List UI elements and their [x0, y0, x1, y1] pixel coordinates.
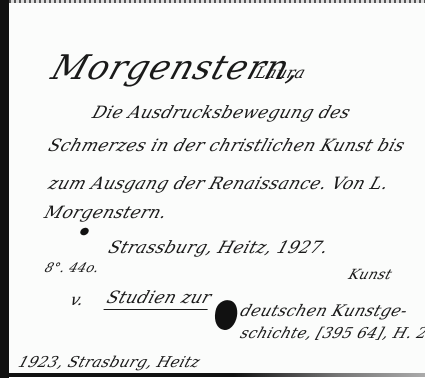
title-line-4: Morgenstern. [42, 203, 170, 223]
ink-blot-icon [213, 298, 240, 331]
scan-bottom-edge [0, 373, 425, 377]
series-underlined-word: Studien zur [103, 288, 214, 310]
scan-left-edge [0, 0, 9, 378]
series-line-2: schichte, [395 64], H. 220. [238, 324, 425, 342]
collation: 8°. 44o. [43, 261, 102, 276]
title-line-2: Schmerzes in der christlichen Kunst bis [46, 136, 408, 156]
imprint: Strassburg, Heitz, 1927. [106, 238, 331, 258]
series-line-1: deutschen Kunstge- [238, 301, 410, 320]
catalog-card: Morgenstern, Laura Die Ausdrucksbewegung… [9, 3, 425, 373]
series-insertion: Kunst [346, 267, 394, 283]
title-line-3: zum Ausgang der Renaissance. Von L. [46, 174, 391, 194]
series-prefix: v. [68, 290, 87, 309]
title-line-1: Die Ausdrucksbewegung des [90, 103, 353, 123]
bottom-note: 1923, Strasburg, Heitz [16, 353, 203, 371]
ink-spot-icon [79, 226, 90, 237]
author-given-name: Laura [253, 63, 308, 82]
